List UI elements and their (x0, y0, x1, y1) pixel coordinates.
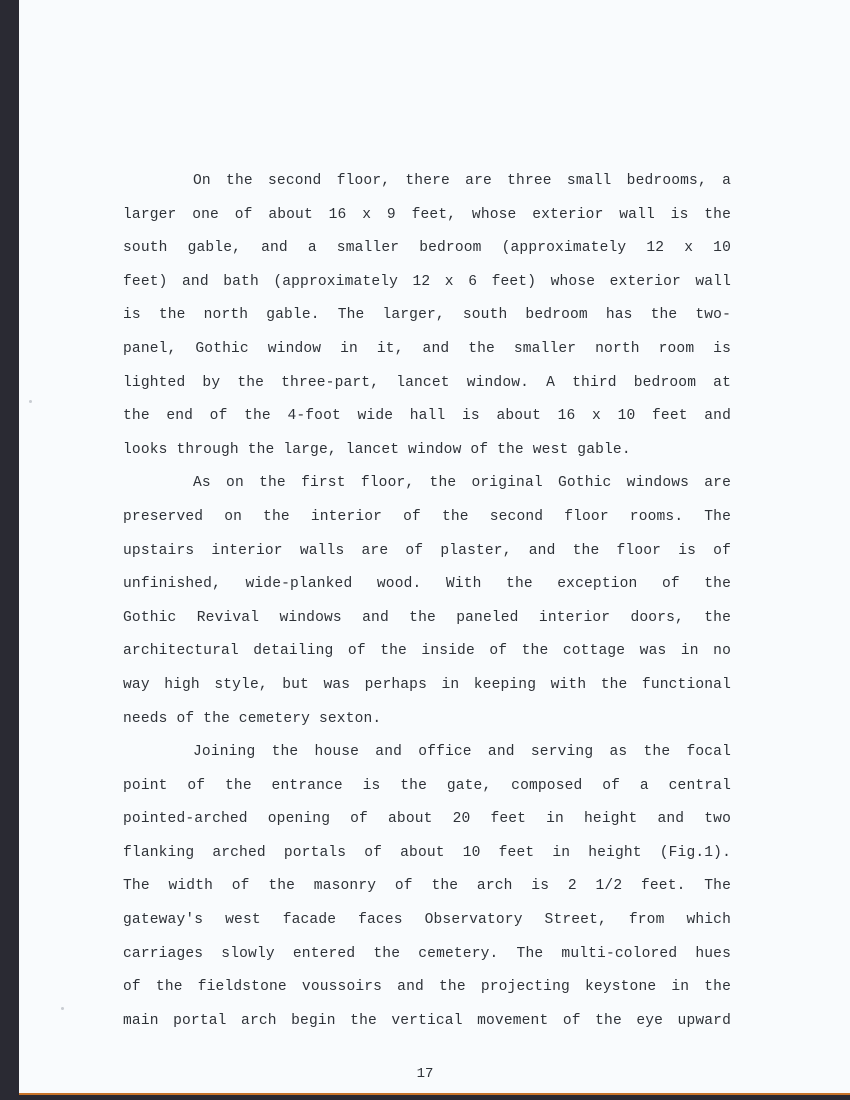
text-line: unfinished, wide-planked wood. With the … (123, 571, 731, 605)
text-line: Joining the house and office and serving… (123, 739, 731, 773)
page-number: 17 (0, 1066, 850, 1082)
text-line: pointed-arched opening of about 20 feet … (123, 806, 731, 840)
body-text: On the second floor, there are three sma… (123, 168, 731, 1041)
text-line: As on the first floor, the original Goth… (123, 470, 731, 504)
text-line: south gable, and a smaller bedroom (appr… (123, 235, 731, 269)
scanned-page-background: On the second floor, there are three sma… (0, 0, 850, 1100)
text-line: main portal arch begin the vertical move… (123, 1008, 731, 1042)
scan-speck (29, 400, 32, 403)
text-line: lighted by the three-part, lancet window… (123, 370, 731, 404)
text-line: preserved on the interior of the second … (123, 504, 731, 538)
text-line: looks through the large, lancet window o… (123, 437, 731, 471)
text-line: gateway's west facade faces Observatory … (123, 907, 731, 941)
text-line: larger one of about 16 x 9 feet, whose e… (123, 202, 731, 236)
scan-speck (61, 1007, 64, 1010)
text-line: upstairs interior walls are of plaster, … (123, 538, 731, 572)
text-line: the end of the 4-foot wide hall is about… (123, 403, 731, 437)
paragraph-second-floor: On the second floor, there are three sma… (123, 168, 731, 470)
text-line: carriages slowly entered the cemetery. T… (123, 941, 731, 975)
text-line: point of the entrance is the gate, compo… (123, 773, 731, 807)
text-line: On the second floor, there are three sma… (123, 168, 731, 202)
text-line: panel, Gothic window in it, and the smal… (123, 336, 731, 370)
text-line: Gothic Revival windows and the paneled i… (123, 605, 731, 639)
paragraph-gate: Joining the house and office and serving… (123, 739, 731, 1041)
paragraph-interior: As on the first floor, the original Goth… (123, 470, 731, 739)
text-line: is the north gable. The larger, south be… (123, 302, 731, 336)
text-line: flanking arched portals of about 10 feet… (123, 840, 731, 874)
text-line: needs of the cemetery sexton. (123, 706, 731, 740)
text-line: feet) and bath (approximately 12 x 6 fee… (123, 269, 731, 303)
text-line: way high style, but was perhaps in keepi… (123, 672, 731, 706)
text-line: architectural detailing of the inside of… (123, 638, 731, 672)
text-line: The width of the masonry of the arch is … (123, 873, 731, 907)
text-line: of the fieldstone voussoirs and the proj… (123, 974, 731, 1008)
